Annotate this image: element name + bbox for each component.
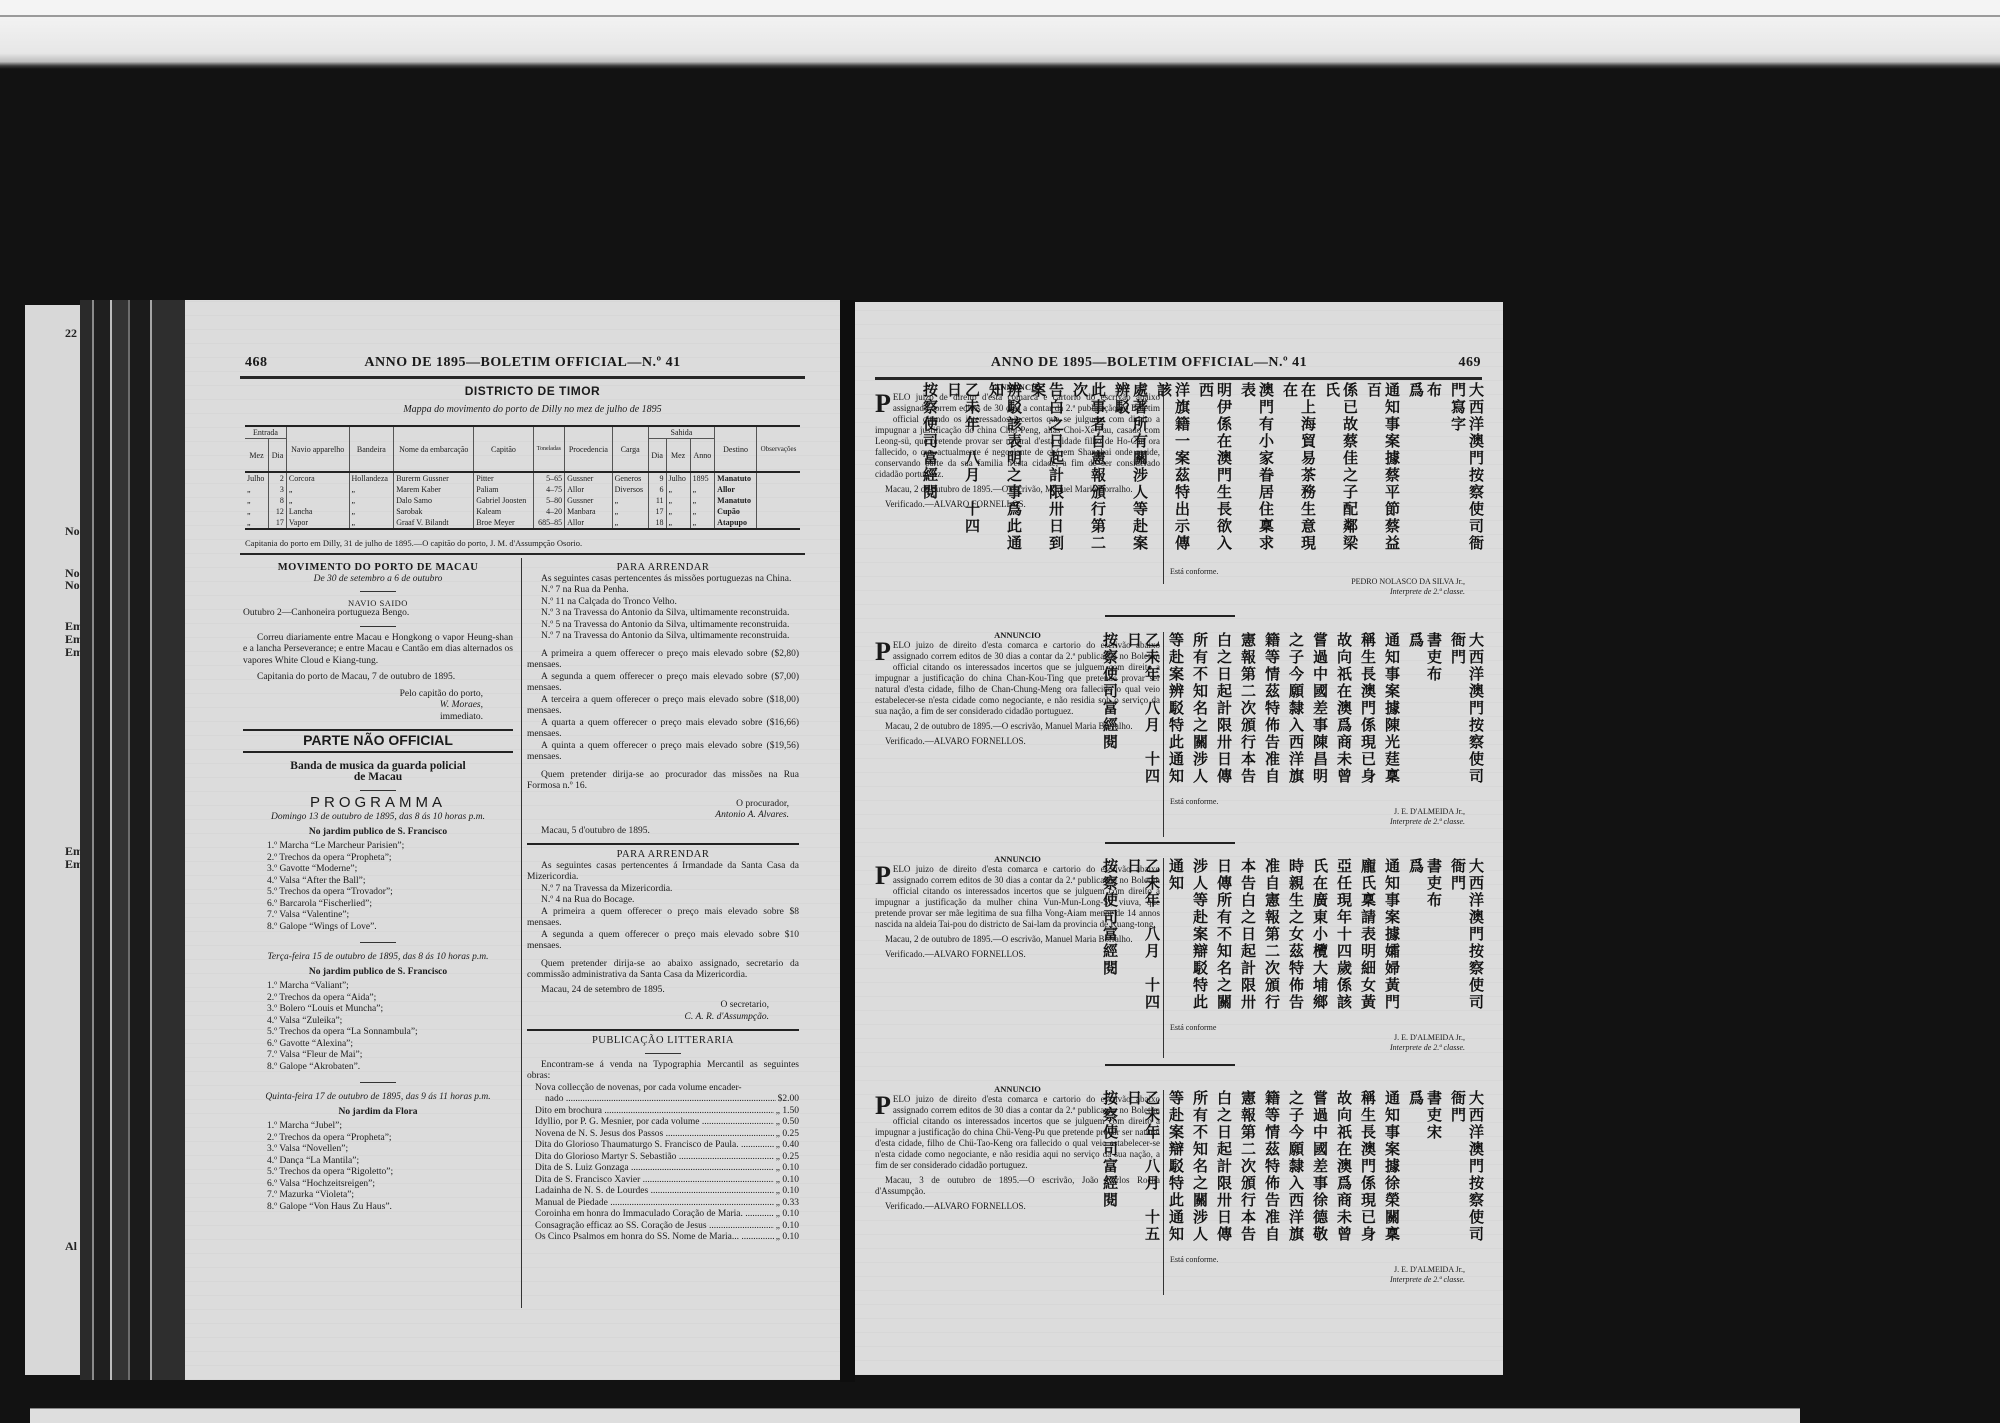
interpreter-name: J. E. D'ALMEIDA Jr., <box>1170 1265 1485 1275</box>
cell: „ <box>612 495 648 506</box>
offer-item: A primeira a quem offerecer o preço mais… <box>527 907 799 930</box>
chinese-column: 通知事案據蔡平節蔡益百 <box>1365 382 1401 567</box>
scanner-top-edge <box>0 0 2000 17</box>
chinese-column: 通知 <box>1167 858 1185 1023</box>
arrendar-date: Macau, 24 de setembro de 1895. <box>527 985 799 997</box>
price-row: nado$2.00 <box>535 1094 799 1106</box>
cell: Manatuto <box>715 495 757 506</box>
interpreter-title: Interprete de 2.ª classe. <box>1170 817 1485 827</box>
cell: Cupão <box>715 506 757 517</box>
cell <box>756 472 800 484</box>
column-divider <box>1163 632 1164 837</box>
price-row: Dita do Glorioso Thaumaturgo S. Francisc… <box>535 1140 799 1152</box>
cell: Manbara <box>565 506 613 517</box>
cell: Marem Kaber <box>394 484 474 495</box>
concert-3: Quinta-feira 17 de outubro de 1895, das … <box>243 1092 513 1213</box>
program-item: 2.º Trechos da opera “Aida”; <box>267 993 513 1005</box>
chinese-column: 在上海貿易茶務生意現在 <box>1281 382 1317 567</box>
chinese-column: 籍等情茲特佈告准自 <box>1263 632 1281 797</box>
program-item: 6.º Gavotte “Alexina”; <box>267 1039 513 1051</box>
program-item: 7.º Valsa “Valentine”; <box>267 910 513 922</box>
price-value: „ 0.25 <box>774 1129 799 1141</box>
chinese-column: 此事者自憲報頒行第二次 <box>1071 382 1107 567</box>
column-header: Toneladas <box>533 426 565 472</box>
chinese-column: 澳門有小家眷居住稟求表 <box>1239 382 1275 567</box>
cell <box>756 517 800 529</box>
chinese-column: 白之日起計限卅日傳 <box>1215 1090 1233 1255</box>
chinese-column: 稱生長澳門係現已身 <box>1359 632 1377 797</box>
price-row: Novena de N. S. Jesus dos Passos„ 0.25 <box>535 1129 799 1141</box>
program-item: 3.º Valsa “Novellen”; <box>267 1144 513 1156</box>
announcement-separator <box>1105 842 1235 844</box>
chinese-column: 通知事案據陳光莛稟 <box>1383 632 1401 797</box>
cell: 18 <box>648 517 666 529</box>
chinese-date: 乙未年 八月 十四 日 <box>945 382 981 567</box>
cell: „ <box>690 517 715 529</box>
running-title: ANNO DE 1895—BOLETIM OFFICIAL—N.º 41 <box>185 355 840 371</box>
chinese-column: 書吏宋 爲 <box>1407 1090 1443 1255</box>
chinese-column: 布 爲 <box>1407 382 1443 567</box>
cell: „ <box>690 484 715 495</box>
cell: 6 <box>648 484 666 495</box>
cell: Diversos <box>612 484 648 495</box>
offer-item: A quarta a quem offerecer o preço mais e… <box>527 718 799 741</box>
table-row: „3„„Marem KaberPaliam4–75AllorDiversos6„… <box>245 484 800 495</box>
rule <box>243 729 513 731</box>
book-spine <box>80 300 185 1380</box>
price-value: „ 0.25 <box>774 1152 799 1164</box>
cell: 3 <box>269 484 287 495</box>
navio-heading: NAVIO SAIDO <box>243 598 513 608</box>
cell: Julho <box>666 472 690 484</box>
divider <box>360 1082 396 1083</box>
concert-1: Domingo 13 de outubro de 1895, das 8 ás … <box>243 812 513 933</box>
cell: 12 <box>269 506 287 517</box>
program-item: 7.º Mazurka “Violeta”; <box>267 1190 513 1202</box>
cell: „ <box>245 506 269 517</box>
chinese-column: 係已故蔡佳之子配鄰梁氏 <box>1323 382 1359 567</box>
table-row: „8„„Dalo SamoGabriel Joosten5–80Gussner„… <box>245 495 800 506</box>
column-divider <box>1163 1090 1164 1295</box>
cell: Generos <box>612 472 648 484</box>
program-item: 5.º Trechos da opera “Trovador”; <box>267 887 513 899</box>
offer-item: A segunda a quem offerecer o preço mais … <box>527 672 799 695</box>
chinese-column: 辨駁該表明之事爲此通知 <box>987 382 1023 567</box>
cell: Burerm Gussner <box>394 472 474 484</box>
house-item: N.º 11 na Calçada do Tronco Velho. <box>527 597 799 609</box>
arrendar-contact: Quem pretender dirija-se ao abaixo assig… <box>527 959 799 982</box>
announcement-separator <box>1105 615 1235 617</box>
chinese-date: 乙未年 八月 十五 日 <box>1125 1090 1161 1255</box>
cell: Allor <box>565 517 613 529</box>
price-row: Ladainha de N. S. de Lourdes„ 0.10 <box>535 1186 799 1198</box>
column-header: Nome da embarcação <box>394 426 474 472</box>
program-item: 4.º Valsa “After the Ball”; <box>267 876 513 888</box>
cell: 5–65 <box>533 472 565 484</box>
divider <box>360 942 396 943</box>
signature-block: O procurador, Antonio A. Alvares. <box>527 799 799 822</box>
running-title: ANNO DE 1895—BOLETIM OFFICIAL—N.º 41 <box>855 355 1503 371</box>
offer-item: A segunda a quem offerecer o preço mais … <box>527 930 799 953</box>
page-468: 468 ANNO DE 1895—BOLETIM OFFICIAL—N.º 41… <box>185 300 840 1380</box>
timor-heading: DISTRICTO DE TIMOR <box>185 384 840 398</box>
program-item: 8.º Galope “Akrobaten”. <box>267 1062 513 1074</box>
header-rule <box>875 377 1482 380</box>
cell: Dalo Samo <box>394 495 474 506</box>
chinese-column: 稱生長澳門係現已身 <box>1359 1090 1377 1255</box>
publicacao-heading: PUBLICAÇÃO LITTERARIA <box>527 1035 799 1047</box>
signature-block: O secretario, C. A. R. d'Assumpção. <box>527 1000 799 1023</box>
chinese-column: 日傳所有不知名之關 <box>1215 858 1233 1023</box>
price-value: $2.00 <box>776 1094 799 1106</box>
chinese-column: 涉人等赴案辯駁特此 <box>1191 858 1209 1023</box>
cell: Paliam <box>474 484 533 495</box>
chinese-column: 書吏布 爲 <box>1407 632 1443 797</box>
divider <box>360 790 396 791</box>
cell: Hollandeza <box>349 472 394 484</box>
rule <box>527 843 799 845</box>
house-item: N.º 7 na Travessa do Antonio da Silva, u… <box>527 631 799 643</box>
offer-item: A terceira a quem offerecer o preço mais… <box>527 695 799 718</box>
cell: „ <box>666 506 690 517</box>
cell: Corcora <box>286 472 349 484</box>
concert-place: No jardim publico de S. Francisco <box>243 827 513 839</box>
running-header: ANNO DE 1895—BOLETIM OFFICIAL—N.º 41 469 <box>855 355 1503 377</box>
chinese-column: 大西洋澳門按察使司衙門 <box>1449 858 1485 1023</box>
price-title: Novena de N. S. Jesus dos Passos <box>535 1129 774 1141</box>
chinese-notice-3: 大西洋澳門按察使司衙門 書吏布 爲 通知事案據孀婦黃門 龐氏稟請表明細女黃 亞任… <box>1170 858 1485 1053</box>
chinese-column: 故向祇在澳爲商未曾 <box>1335 632 1353 797</box>
cell: „ <box>349 506 394 517</box>
cell: Allor <box>715 484 757 495</box>
price-value: „ 1.50 <box>774 1106 799 1118</box>
offer-item: A primeira a quem offerecer o preço mais… <box>527 649 799 672</box>
price-title: nado <box>545 1094 776 1106</box>
chinese-column: 亞任現年十四歲係該 <box>1335 858 1353 1023</box>
column-header: Observações <box>756 426 800 472</box>
cell: 9 <box>648 472 666 484</box>
cell: Graaf V. Bilandt <box>394 517 474 529</box>
chinese-column: 處著所有關涉人等赴案辨駁 <box>1113 382 1149 567</box>
chinese-office: 按察使司富經閱 <box>1101 1090 1119 1255</box>
announcement-separator <box>1105 1064 1235 1066</box>
chinese-text-block: 大西洋澳門按察使司衙門 書吏布 爲 通知事案據孀婦黃門 龐氏稟請表明細女黃 亞任… <box>1170 858 1485 1023</box>
chinese-column: 氏在廣東小欖大埔鄉 <box>1311 858 1329 1023</box>
cell: „ <box>690 495 715 506</box>
chinese-notice-1: 大西洋澳門按察使司衙門寫字 布 爲 通知事案據蔡平節蔡益百 係已故蔡佳之子配鄰梁… <box>1170 382 1485 597</box>
chinese-column: 大西洋澳門按察使司衙門 <box>1449 1090 1485 1255</box>
program-item: 8.º Galope “Wings of Love”. <box>267 922 513 934</box>
cell: Lancha <box>286 506 349 517</box>
cell: 11 <box>648 495 666 506</box>
chinese-column: 書吏布 爲 <box>1407 858 1443 1023</box>
cell: „ <box>286 495 349 506</box>
cell <box>756 484 800 495</box>
sahida-group-header: Sahida <box>648 426 714 439</box>
scanner-top-band <box>0 17 2000 69</box>
column-header: Bandeira <box>349 426 394 472</box>
price-row: Dita do Glorioso Martyr S. Sebastião„ 0.… <box>535 1152 799 1164</box>
fragment-text: 22 <box>65 327 77 340</box>
chinese-office: 按察使司富經閱 <box>921 382 939 567</box>
program-item: 1.º Marcha “Le Marcheur Parisien”; <box>267 841 513 853</box>
column-divider <box>1163 858 1164 1058</box>
cell: 1895 <box>690 472 715 484</box>
program-item: 1.º Marcha “Jubel”; <box>267 1121 513 1133</box>
program-item: 2.º Trechos da opera “Propheta”; <box>267 1133 513 1145</box>
running-header: 468 ANNO DE 1895—BOLETIM OFFICIAL—N.º 41 <box>185 355 840 377</box>
program-item: 6.º Barcarola “Fischerlied”; <box>267 899 513 911</box>
price-title: Ladainha de N. S. de Lourdes <box>535 1186 774 1198</box>
price-value: „ 0.10 <box>774 1232 799 1244</box>
chinese-notice-2: 大西洋澳門按察使司衙門 書吏布 爲 通知事案據陳光莛稟 稱生長澳門係現已身 故向… <box>1170 632 1485 827</box>
signature-name: Antonio A. Alvares. <box>527 810 789 822</box>
arrendar-heading: PARA ARRENDAR <box>527 849 799 861</box>
cell: „ <box>666 517 690 529</box>
table-row: Julho2CorcoraHollandezaBurerm GussnerPit… <box>245 472 800 484</box>
page-469: ANNO DE 1895—BOLETIM OFFICIAL—N.º 41 469… <box>855 302 1503 1375</box>
publicacao-intro: Encontram-se á venda na Typographia Merc… <box>527 1060 799 1083</box>
interpreter-name: J. E. D'ALMEIDA Jr., <box>1170 807 1485 817</box>
right-column: PARA ARRENDAR As seguintes casas pertenc… <box>527 562 799 1244</box>
cell: „ <box>245 484 269 495</box>
rule <box>243 751 513 753</box>
column-divider <box>521 558 522 1308</box>
chinese-office: 按察使司富經閱 <box>1101 858 1119 1023</box>
concert-date: Terça-feira 15 de outubro de 1895, das 8… <box>243 952 513 964</box>
cell: Gussner <box>565 472 613 484</box>
cell: Julho <box>245 472 269 484</box>
macau-port-heading: MOVIMENTO DO PORTO DE MACAU <box>243 562 513 574</box>
cell: 17 <box>269 517 287 529</box>
chinese-column: 大西洋澳門按察使司衙門寫字 <box>1449 382 1485 567</box>
signature-line: O procurador, <box>527 799 789 811</box>
price-title: Os Cinco Psalmos em honra do SS. Nome de… <box>535 1232 774 1244</box>
signature-line: immediato. <box>243 712 483 724</box>
timor-port-table: Entrada Navio apparelho Bandeira Nome da… <box>245 425 800 530</box>
chinese-column: 等赴案辯駁特此通知 <box>1167 1090 1185 1255</box>
cell: 17 <box>648 506 666 517</box>
fragment-text: Al <box>65 1240 77 1253</box>
program-item: 8.º Galope “Von Haus Zu Haus”. <box>267 1202 513 1214</box>
cell: Pitter <box>474 472 533 484</box>
navio-text: Outubro 2—Canhoneira portugueza Bengo. <box>243 608 513 620</box>
chinese-column: 龐氏稟請表明細女黃 <box>1359 858 1377 1023</box>
divider <box>360 591 396 592</box>
cell: Kaleam <box>474 506 533 517</box>
price-value: „ 0.10 <box>774 1186 799 1198</box>
entrada-group-header: Entrada <box>245 426 286 439</box>
parte-nao-official-heading: PARTE NÃO OFFICIAL <box>243 735 513 747</box>
header-rule <box>240 376 805 379</box>
program-item: 3.º Gavotte “Moderne”; <box>267 864 513 876</box>
chinese-column: 大西洋澳門按察使司衙門 <box>1449 632 1485 797</box>
chinese-column: 憲報第二次頒行本告 <box>1239 1090 1257 1255</box>
price-row: Dito em brochura„ 1.50 <box>535 1106 799 1118</box>
column-header: Capitão <box>474 426 533 472</box>
signature-line: Pelo capitão do porto, <box>243 689 483 701</box>
cell <box>756 495 800 506</box>
cell: „ <box>612 506 648 517</box>
column-header: Mez <box>666 439 690 473</box>
chinese-text-block: 大西洋澳門按察使司衙門 書吏布 爲 通知事案據陳光莛稟 稱生長澳門係現已身 故向… <box>1170 632 1485 797</box>
banda-title-2: de Macau <box>243 772 513 784</box>
column-header: Carga <box>612 426 648 472</box>
cell <box>756 506 800 517</box>
house-item: N.º 7 na Travessa da Mizericordia. <box>527 884 799 896</box>
cell: 685–85 <box>533 517 565 529</box>
price-value: „ 0.10 <box>774 1175 799 1187</box>
chinese-column: 之子今願隸入西洋旗 <box>1287 1090 1305 1255</box>
signature-name: C. A. R. d'Assumpção. <box>527 1012 769 1024</box>
program-item: 3.º Bolero “Louis et Muncha”; <box>267 1004 513 1016</box>
interpreter-title: Interprete de 2.ª classe. <box>1170 1043 1485 1053</box>
cell: 4–20 <box>533 506 565 517</box>
column-header: Navio apparelho <box>286 426 349 472</box>
fragment-text: No <box>65 579 80 592</box>
chinese-office: 按察使司富經閱 <box>1101 632 1119 797</box>
arrendar-date: Macau, 5 d'outubro de 1895. <box>527 826 799 838</box>
signature-name: W. Moraes, <box>243 700 483 712</box>
column-header: Destino <box>715 426 757 472</box>
chinese-date: 乙未年 八月 十四 日 <box>1125 858 1161 1023</box>
page-gutter <box>840 300 855 1382</box>
cell: Broe Meyer <box>474 517 533 529</box>
chinese-column: 明伊係在澳門生長欲入西 <box>1197 382 1233 567</box>
price-row: Consagração efficaz ao SS. Coração de Je… <box>535 1221 799 1233</box>
price-value: „ 0.33 <box>774 1198 799 1210</box>
price-title: Dita do Glorioso Thaumaturgo S. Francisc… <box>535 1140 774 1152</box>
house-item: N.º 7 na Rua da Penha. <box>527 585 799 597</box>
chinese-column: 通知事案據徐榮關稟 <box>1383 1090 1401 1255</box>
chinese-column: 之子今願隸入西洋旗 <box>1287 632 1305 797</box>
cell: „ <box>286 484 349 495</box>
price-row: Dita de S. Luiz Gonzaga„ 0.10 <box>535 1163 799 1175</box>
page-number: 469 <box>1459 355 1482 371</box>
concert-place: No jardim da Flora <box>243 1107 513 1119</box>
concert-date: Quinta-feira 17 de outubro de 1895, das … <box>243 1092 513 1104</box>
programma-heading: PROGRAMMA <box>243 797 513 809</box>
price-row: Os Cinco Psalmos em honra do SS. Nome de… <box>535 1232 799 1244</box>
price-row: Idyllio, por P. G. Mesnier, por cada vol… <box>535 1117 799 1129</box>
price-row: Dita de S. Francisco Xavier„ 0.10 <box>535 1175 799 1187</box>
timor-footer: Capitania do porto em Dilly, 31 de julho… <box>245 538 582 548</box>
price-item-line: Nova collecção de novenas, por cada volu… <box>535 1083 799 1095</box>
chinese-date: 乙未年 八月 十四 日 <box>1125 632 1161 797</box>
cell: „ <box>245 517 269 529</box>
arrendar-contact: Quem pretender dirija-se ao procurador d… <box>527 770 799 793</box>
arrendar-heading: PARA ARRENDAR <box>527 562 799 574</box>
cell: „ <box>349 484 394 495</box>
concert-place: No jardim publico de S. Francisco <box>243 967 513 979</box>
price-title: Manual de Piedade <box>535 1198 774 1210</box>
price-row: Coroinha em honra do Immaculado Coração … <box>535 1209 799 1221</box>
chinese-column: 准自憲報第二次頒行 <box>1263 858 1281 1023</box>
chinese-column: 故向祇在澳爲商未曾 <box>1335 1090 1353 1255</box>
chinese-column: 白之日起計限卅日傳 <box>1215 632 1233 797</box>
interpreter-title: Interprete de 2.ª classe. <box>1170 1275 1485 1285</box>
chinese-column: 等赴案辨駁特此通知 <box>1167 632 1185 797</box>
program-item: 7.º Valsa “Fleur de Mai”; <box>267 1050 513 1062</box>
price-value: „ 0.10 <box>774 1209 799 1221</box>
column-header: Procedencia <box>565 426 613 472</box>
timor-subheading: Mappa do movimento do porto de Dilly no … <box>185 404 840 415</box>
house-item: N.º 3 na Travessa do Antonio da Silva, u… <box>527 608 799 620</box>
price-title: Dita do Glorioso Martyr S. Sebastião <box>535 1152 774 1164</box>
cell: Vapor <box>286 517 349 529</box>
chinese-column: 嘗過中國差事陳昌明 <box>1311 632 1329 797</box>
interpreter-name: J. E. D'ALMEIDA Jr., <box>1170 1033 1485 1043</box>
chinese-column: 所有不知名之關涉人 <box>1191 632 1209 797</box>
cell: Allor <box>565 484 613 495</box>
arrendar-intro: As seguintes casas pertencentes á Irmand… <box>527 861 799 884</box>
column-header: Anno <box>690 439 715 473</box>
price-value: „ 0.50 <box>774 1117 799 1129</box>
price-title: Consagração efficaz ao SS. Coração de Je… <box>535 1221 774 1233</box>
fragment-text: No <box>65 525 80 538</box>
cell: „ <box>349 517 394 529</box>
program-item: 2.º Trechos da opera “Propheta”; <box>267 853 513 865</box>
chinese-column: 憲報第二次頒行本告 <box>1239 632 1257 797</box>
divider <box>360 626 396 627</box>
cell: Gabriel Joosten <box>474 495 533 506</box>
cell: 4–75 <box>533 484 565 495</box>
house-item: N.º 5 na Travessa do Antonio da Silva, u… <box>527 620 799 632</box>
price-title: Dita de S. Francisco Xavier <box>535 1175 774 1187</box>
table-row: „17Vapor„Graaf V. BilandtBroe Meyer685–8… <box>245 517 800 529</box>
chinese-column: 所有不知名之關涉人 <box>1191 1090 1209 1255</box>
drop-cap: P <box>875 865 891 887</box>
rule <box>527 1029 799 1031</box>
price-title: Dita de S. Luiz Gonzaga <box>535 1163 774 1175</box>
price-title: Idyllio, por P. G. Mesnier, por cada vol… <box>535 1117 774 1129</box>
column-header: Mez <box>245 439 269 473</box>
cell: Gussner <box>565 495 613 506</box>
program-item: 5.º Trechos da opera “Rigoletto”; <box>267 1167 513 1179</box>
cell: 5–80 <box>533 495 565 506</box>
table-row: „12Lancha„SarobakKaleam4–20Manbara„17„„C… <box>245 506 800 517</box>
cell: 2 <box>269 472 287 484</box>
drop-cap: P <box>875 1095 891 1117</box>
cell: „ <box>245 495 269 506</box>
chinese-column: 通知事案據孀婦黃門 <box>1383 858 1401 1023</box>
divider <box>645 1053 681 1054</box>
chinese-notice-4: 大西洋澳門按察使司衙門 書吏宋 爲 通知事案據徐榮關稟 稱生長澳門係現已身 故向… <box>1170 1090 1485 1285</box>
cell: „ <box>349 495 394 506</box>
column-header: Dia <box>648 439 666 473</box>
price-value: „ 0.10 <box>774 1163 799 1175</box>
concert-date: Domingo 13 de outubro de 1895, das 8 ás … <box>243 812 513 824</box>
chinese-text-block: 大西洋澳門按察使司衙門寫字 布 爲 通知事案據蔡平節蔡益百 係已故蔡佳之子配鄰梁… <box>1170 382 1485 567</box>
cell: Sarobak <box>394 506 474 517</box>
price-title: Dito em brochura <box>535 1106 774 1118</box>
chinese-column: 嘗過中國差事徐德敬 <box>1311 1090 1329 1255</box>
program-item: 4.º Dança “La Mantila”; <box>267 1156 513 1168</box>
price-list: Nova collecção de novenas, por cada volu… <box>527 1083 799 1244</box>
chinese-column: 本告白之日起計限卅 <box>1239 858 1257 1023</box>
price-value: „ 0.10 <box>774 1221 799 1233</box>
program-item: 5.º Trechos da opera “La Sonnambula”; <box>267 1027 513 1039</box>
macau-port-paragraph: Correu diariamente entre Macau e Hongkon… <box>243 633 513 668</box>
column-header: Dia <box>269 439 287 473</box>
program-item: 4.º Valsa “Zuleika”; <box>267 1016 513 1028</box>
price-value: „ 0.40 <box>774 1140 799 1152</box>
section-rule <box>240 553 805 555</box>
cell: „ <box>612 517 648 529</box>
program-item: 1.º Marcha “Valiant”; <box>267 981 513 993</box>
chinese-column: 籍等情茲特佈告准自 <box>1263 1090 1281 1255</box>
cell: „ <box>690 506 715 517</box>
